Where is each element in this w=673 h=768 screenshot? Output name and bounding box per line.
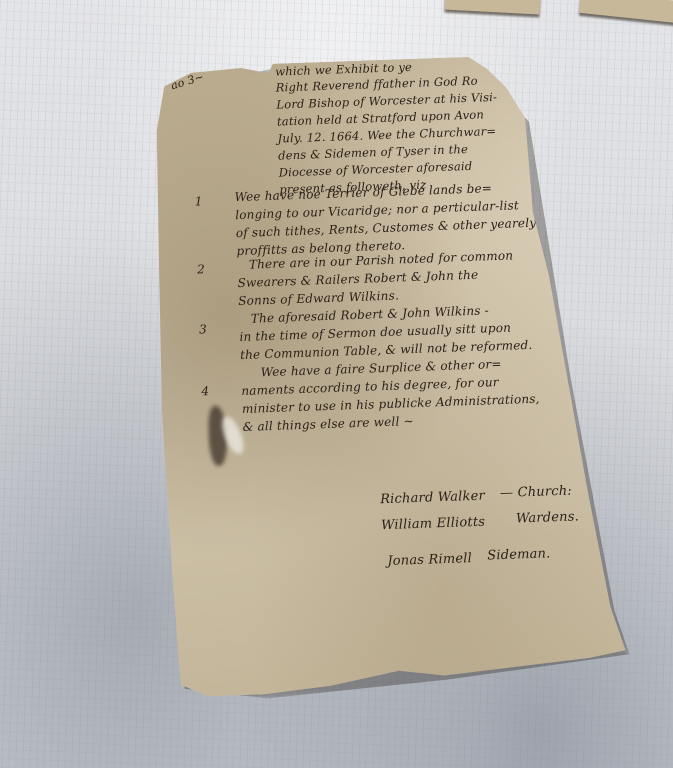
item-number: 3 [199, 322, 207, 336]
signature-name: Richard Walker [380, 489, 485, 508]
item-number: 2 [197, 262, 205, 276]
signature-role: Sideman. [487, 546, 551, 563]
signature-name: Jonas Rimell [387, 551, 472, 569]
item-number: 4 [201, 384, 209, 398]
signature-name: William Elliotts [381, 515, 486, 534]
item-number: 1 [194, 194, 202, 208]
signature-role: — Church: [500, 484, 572, 501]
item-line: & all things else are well ~ [242, 413, 414, 435]
signature-role: Wardens. [516, 509, 579, 526]
